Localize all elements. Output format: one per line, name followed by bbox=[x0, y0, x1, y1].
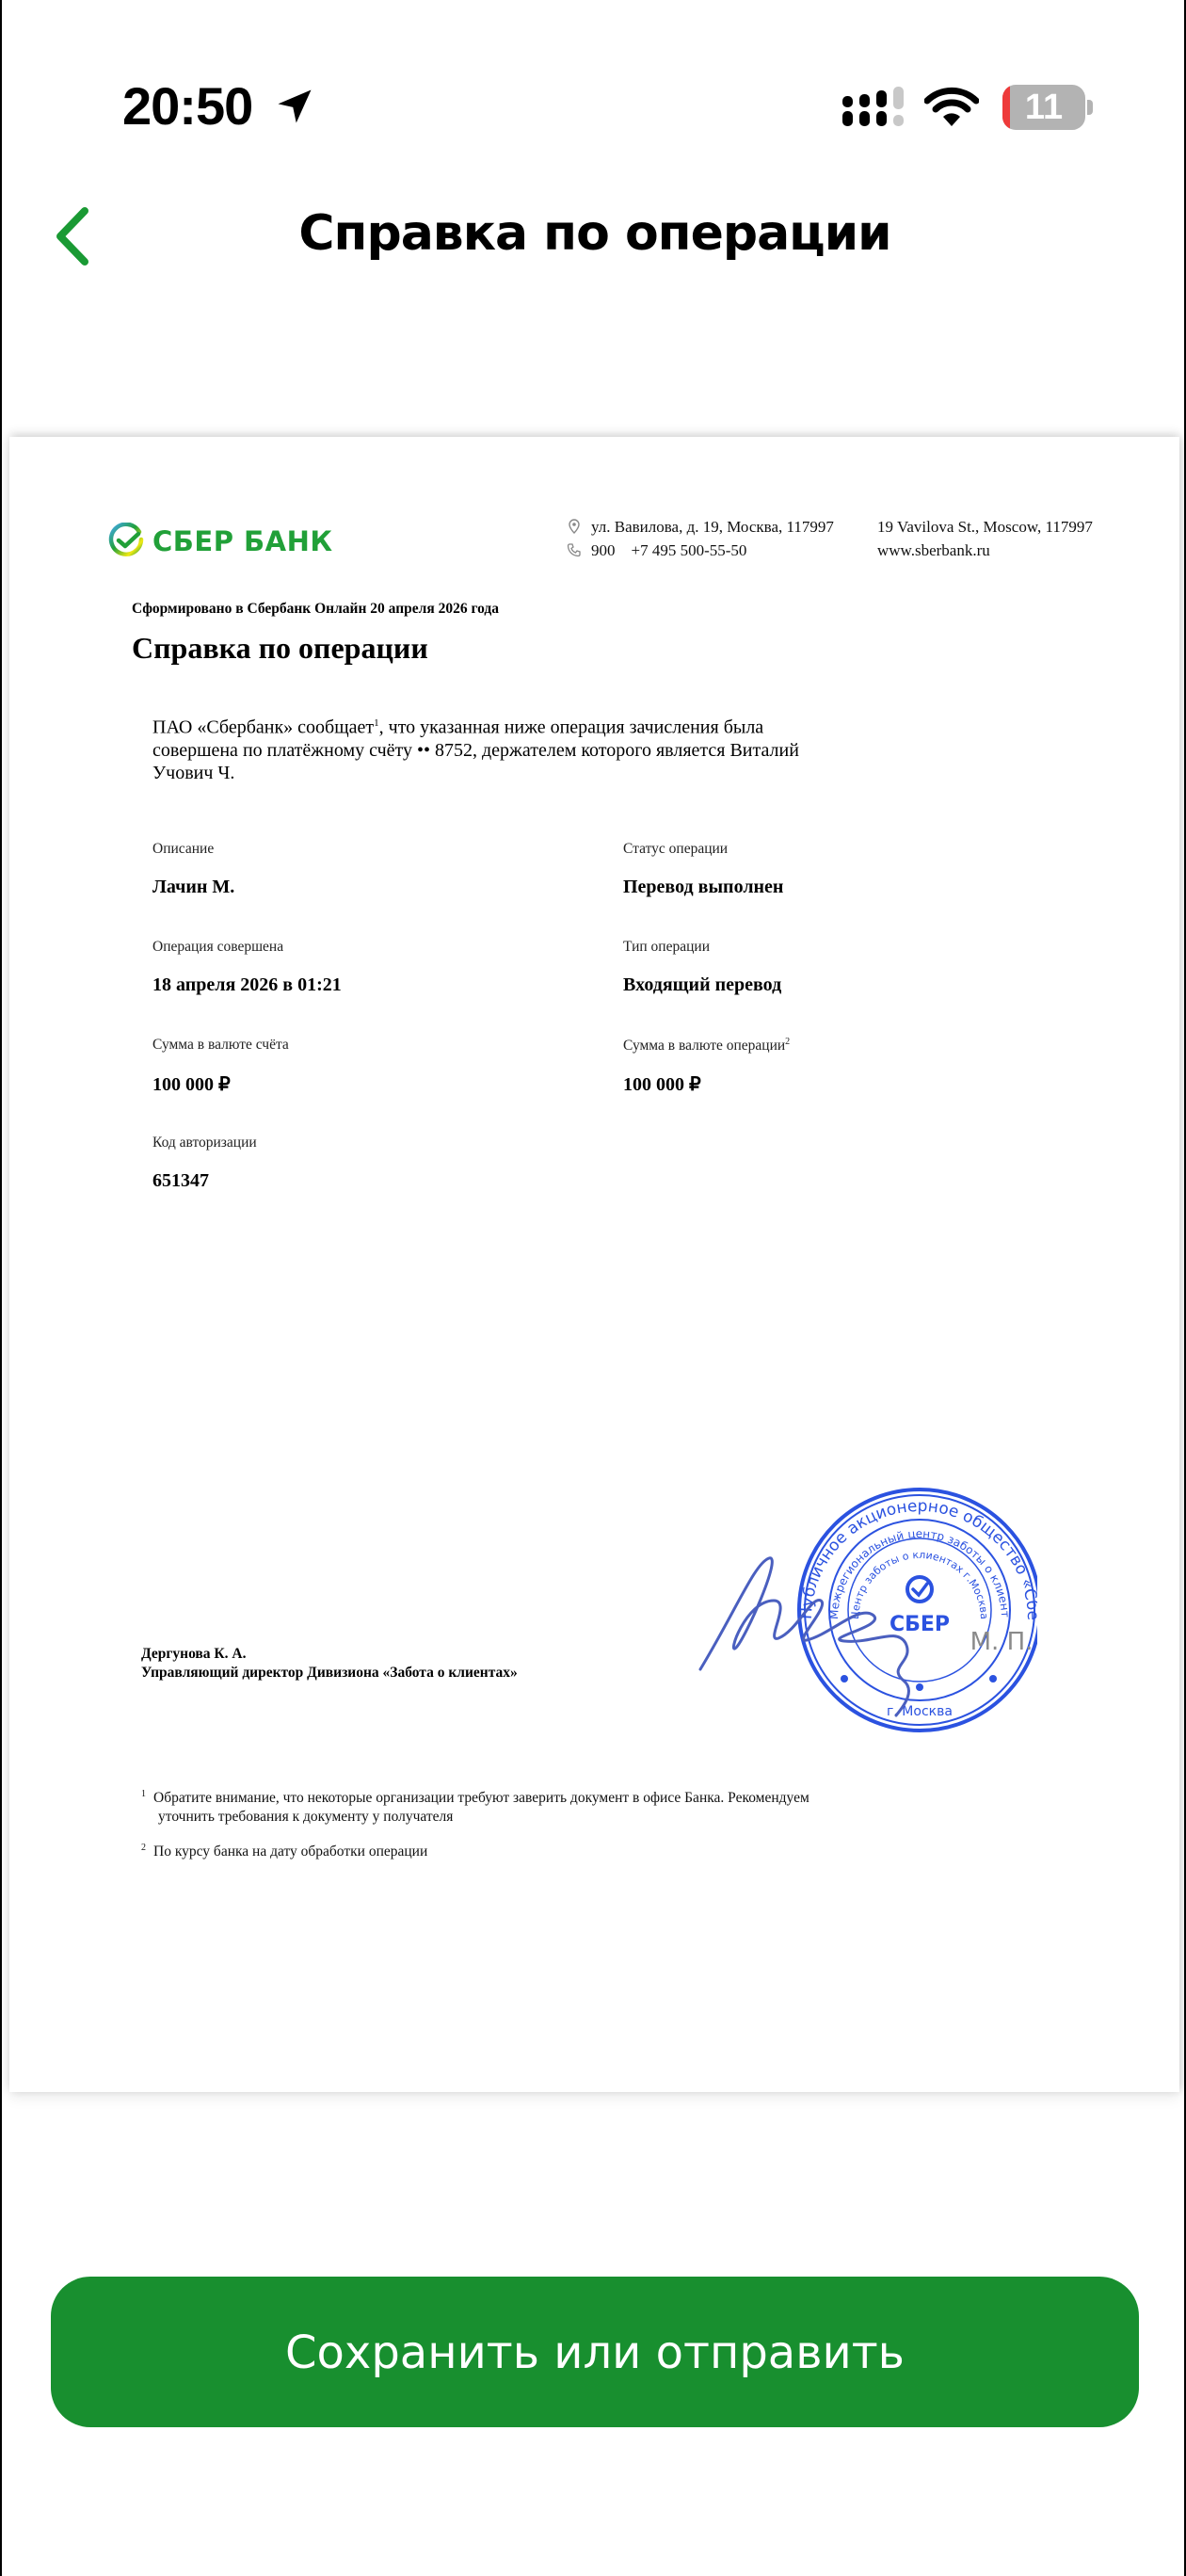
sber-check-icon bbox=[107, 523, 145, 560]
field-label-operation-amount: Сумма в валюте операции2 bbox=[623, 1037, 790, 1055]
field-value-date: 18 апреля 2026 в 01:21 bbox=[152, 974, 342, 996]
page-title: Справка по операции bbox=[2, 205, 1186, 262]
field-value-auth-code: 651347 bbox=[152, 1170, 209, 1192]
field-label-description: Описание bbox=[152, 841, 214, 858]
svg-text:Центр заботы о клиентах г.Моск: Центр заботы о клиентах г.Москва bbox=[849, 1549, 990, 1619]
field-value-type: Входящий перевод bbox=[623, 974, 781, 996]
svg-text:СБЕР: СБЕР bbox=[889, 1613, 950, 1636]
svg-text:М. П.: М. П. bbox=[970, 1628, 1034, 1656]
field-value-description: Лачин М. bbox=[152, 877, 234, 898]
wifi-icon bbox=[924, 85, 979, 128]
footnote-2: 2По курсу банка на дату обработки операц… bbox=[141, 1839, 427, 1861]
field-value-operation-amount: 100 000 ₽ bbox=[623, 1072, 701, 1096]
field-label-auth-code: Код авторизации bbox=[152, 1135, 257, 1151]
field-label-type: Тип операции bbox=[623, 939, 710, 956]
location-pin-icon bbox=[567, 519, 582, 534]
svg-text:г. Москва: г. Москва bbox=[887, 1704, 953, 1719]
document-title: Справка по операции bbox=[132, 631, 428, 666]
save-or-send-button[interactable]: Сохранить или отправить bbox=[51, 2277, 1139, 2427]
location-arrow-icon bbox=[275, 87, 314, 126]
cellular-signal-icon bbox=[842, 87, 908, 128]
field-label-status: Статус операции bbox=[623, 841, 728, 858]
signatory-position: Управляющий директор Дивизиона «Забота о… bbox=[141, 1664, 518, 1682]
logo-text: СБЕР БАНК bbox=[152, 525, 333, 557]
address-en: 19 Vavilova St., Moscow, 117997 bbox=[877, 518, 1093, 537]
field-label-account-amount: Сумма в валюте счёта bbox=[152, 1037, 289, 1054]
signatory: Дергунова К. А. Управляющий директор Див… bbox=[141, 1645, 518, 1682]
field-label-date: Операция совершена bbox=[152, 939, 283, 956]
footnote-1: 1Обратите внимание, что некоторые органи… bbox=[141, 1785, 809, 1827]
address-ru: ул. Вавилова, д. 19, Москва, 117997 bbox=[567, 518, 834, 537]
intro-paragraph: ПАО «Сбербанк» сообщает1, что указанная … bbox=[152, 712, 830, 784]
website: www.sberbank.ru bbox=[877, 541, 990, 560]
field-value-status: Перевод выполнен bbox=[623, 877, 783, 898]
battery-level: 11 bbox=[1002, 85, 1085, 130]
bank-stamp: Публичное акционерное общество «Сбербанк… bbox=[680, 1469, 1037, 1732]
signatory-name: Дергунова К. А. bbox=[141, 1645, 518, 1664]
status-time: 20:50 bbox=[122, 75, 252, 137]
field-value-account-amount: 100 000 ₽ bbox=[152, 1072, 231, 1096]
phone-icon bbox=[567, 542, 582, 557]
formed-note: Сформировано в Сбербанк Онлайн 20 апреля… bbox=[132, 601, 499, 618]
sber-logo: СБЕР БАНК bbox=[107, 521, 333, 562]
phones: 900 +7 495 500-55-50 bbox=[567, 541, 746, 560]
battery-icon: 11 bbox=[1002, 85, 1093, 130]
